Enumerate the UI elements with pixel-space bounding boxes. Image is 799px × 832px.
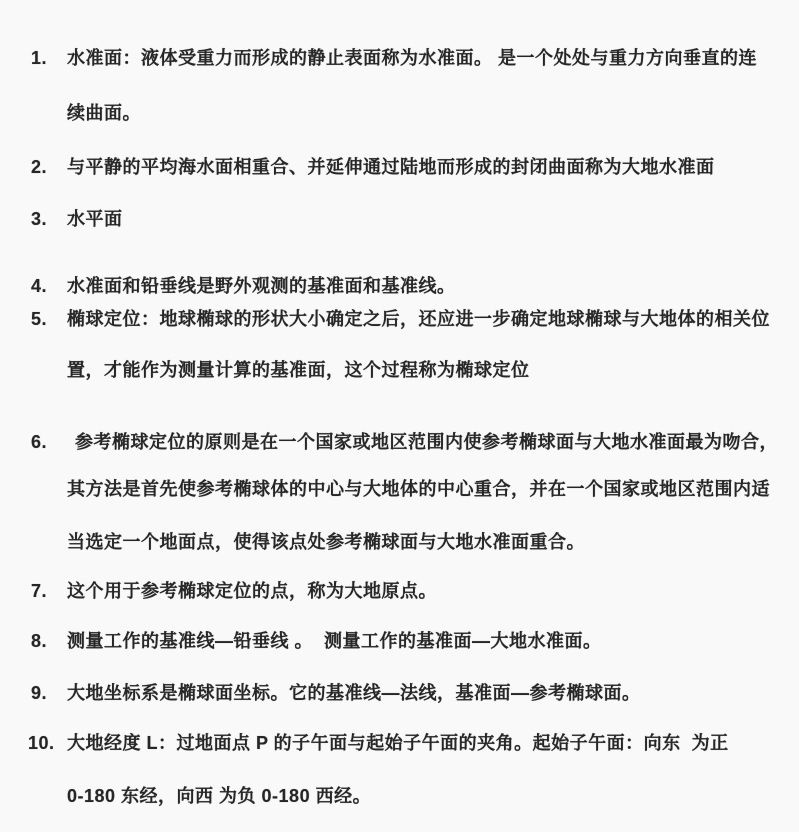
list-item-3-line-1: 水平面 <box>67 207 123 231</box>
list-number-6: 6. <box>31 430 47 454</box>
list-item-6-line-1: 参考椭球定位的原则是在一个国家或地区范围内使参考椭球面与大地水准面最为吻合， <box>75 430 778 454</box>
list-number-1: 1. <box>31 46 47 70</box>
list-number-4: 4. <box>31 274 47 298</box>
list-item-1-line-1: 水准面：液体受重力而形成的静止表面称为水准面。 是一个处处与重力方向垂直的连 <box>67 46 757 70</box>
list-item-6-line-2: 其方法是首先使参考椭球体的中心与大地体的中心重合，并在一个国家或地区范围内适 <box>67 477 770 501</box>
document-page: 1. 水准面：液体受重力而形成的静止表面称为水准面。 是一个处处与重力方向垂直的… <box>0 0 799 832</box>
list-item-10-line-2: 0-180 东经，向西 为负 0-180 西经。 <box>67 784 371 808</box>
list-item-6-line-3: 当选定一个地面点，使得该点处参考椭球面与大地水准面重合。 <box>67 530 585 554</box>
list-number-5: 5. <box>31 307 47 331</box>
list-number-2: 2. <box>31 155 47 179</box>
list-item-10-line-1: 大地经度 L：过地面点 P 的子午面与起始子午面的夹角。起始子午面：向东 为正 <box>67 731 729 755</box>
list-item-1-line-2: 续曲面。 <box>67 101 141 125</box>
list-number-9: 9. <box>31 681 47 705</box>
list-number-7: 7. <box>31 579 47 603</box>
list-item-9-line-1: 大地坐标系是椭球面坐标。它的基准线—法线，基准面—参考椭球面。 <box>67 681 641 705</box>
list-number-3: 3. <box>31 207 47 231</box>
list-number-10: 10. <box>28 731 55 755</box>
list-item-8-line-1: 测量工作的基准线—铅垂线 。 测量工作的基准面—大地水准面。 <box>67 629 602 653</box>
list-item-4-line-1: 水准面和铅垂线是野外观测的基准面和基准线。 <box>67 274 456 298</box>
list-item-5-line-1: 椭球定位：地球椭球的形状大小确定之后，还应进一步确定地球椭球与大地体的相关位 <box>67 307 770 331</box>
list-item-2-line-1: 与平静的平均海水面相重合、并延伸通过陆地而形成的封闭曲面称为大地水准面 <box>67 155 715 179</box>
list-number-8: 8. <box>31 629 47 653</box>
list-item-5-line-2: 置，才能作为测量计算的基准面，这个过程称为椭球定位 <box>67 358 530 382</box>
list-item-7-line-1: 这个用于参考椭球定位的点，称为大地原点。 <box>67 579 437 603</box>
